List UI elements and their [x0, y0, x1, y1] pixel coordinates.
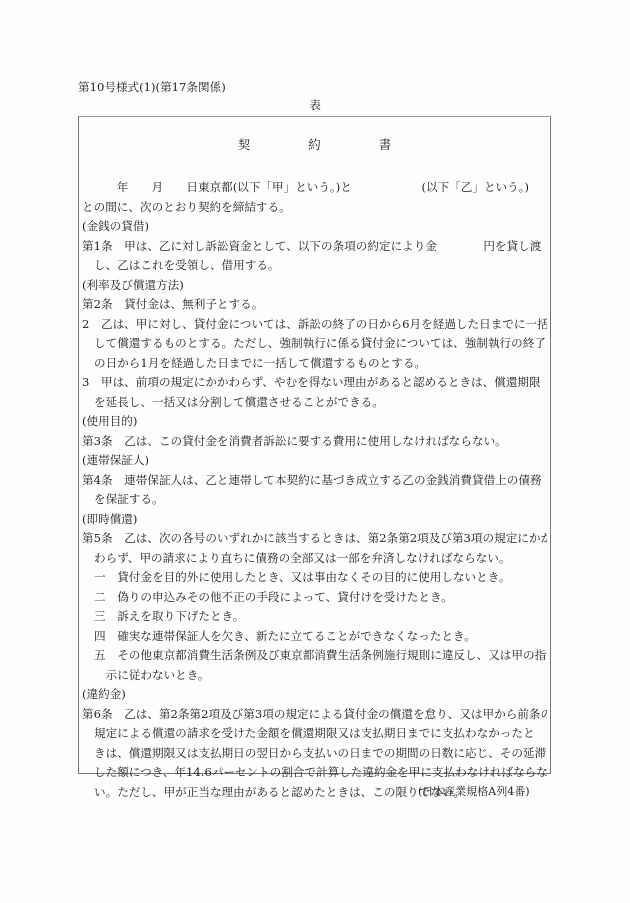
- contract-line: 第6条 乙は、第2条第2項及び第3項の規定による貸付金の償還を怠り、又は甲から前…: [82, 705, 547, 725]
- contract-line: (違約金): [82, 685, 547, 705]
- contract-line: 五 その他東京都消費生活条例及び東京都消費生活条例施行規則に違反し、又は甲の指: [82, 646, 547, 666]
- contract-line: 第2条 貸付金は、無利子とする。: [82, 295, 547, 315]
- contract-line: の日から1月を経過した日までに一括して償還するものとする。: [82, 354, 547, 374]
- side-label: 表: [0, 97, 630, 113]
- contract-line: 二 偽りの申込みその他不正の手段によって、貸付けを受けたとき。: [82, 588, 547, 608]
- contract-line: し、乙はこれを受領し、借用する。: [82, 256, 547, 276]
- document-title: 契 約 書: [79, 135, 550, 153]
- contract-line: して償還するものとする。ただし、強制執行に係る貸付金については、強制執行の終了: [82, 334, 547, 354]
- contract-line: 三 訴えを取り下げたとき。: [82, 607, 547, 627]
- contract-line: を延長し、一括又は分割して償還させることができる。: [82, 393, 547, 413]
- contract-body: 年 月 日東京都(以下「甲」という。)と (以下「乙」という。)との間に、次のと…: [82, 178, 547, 802]
- contract-line: きは、償還期限又は支払期日の翌日から支払いの日までの期間の日数に応じ、その延滞: [82, 744, 547, 764]
- contract-line: 2 乙は、甲に対し、貸付金については、訴訟の終了の日から6月を経過した日までに一…: [82, 315, 547, 335]
- contract-line: 第4条 連帯保証人は、乙と連帯して本契約に基づき成立する乙の金銭消費貸借上の債務: [82, 471, 547, 491]
- contract-line: 四 確実な連帯保証人を欠き、新たに立てることができなくなったとき。: [82, 627, 547, 647]
- title-char: 書: [379, 135, 392, 153]
- contract-line: を保証する。: [82, 490, 547, 510]
- contract-line: との間に、次のとおり契約を締結する。: [82, 198, 547, 218]
- contract-line: した額につき、年14.6パーセントの割合で計算した違約金を甲に支払わなければなら…: [82, 763, 547, 783]
- contract-line: 示に従わないとき。: [82, 666, 547, 686]
- form-number: 第10号様式(1)(第17条関係): [78, 79, 226, 95]
- contract-line: (連帯保証人): [82, 451, 547, 471]
- contract-line: (金銭の貸借): [82, 217, 547, 237]
- title-char: 約: [308, 135, 321, 153]
- contract-line: (即時償還): [82, 510, 547, 530]
- standard-note: (日本産業規格A列4番): [418, 783, 530, 799]
- contract-line: 規定による償還の請求を受けた金額を償還期限又は支払期日までに支払わなかったと: [82, 724, 547, 744]
- contract-line: 第3条 乙は、この貸付金を消費者訴訟に要する費用に使用しなければならない。: [82, 432, 547, 452]
- contract-line: 一 貸付金を目的外に使用したとき、又は事由なくその目的に使用しないとき。: [82, 568, 547, 588]
- contract-line: わらず、甲の請求により直ちに債務の全部又は一部を弁済しなければならない。: [82, 549, 547, 569]
- contract-line: 第1条 甲は、乙に対し訴訟資金として、以下の条項の約定により金 円を貸し渡: [82, 237, 547, 257]
- contract-line: 3 甲は、前項の規定にかかわらず、やむを得ない理由があると認めるときは、償還期限: [82, 373, 547, 393]
- contract-line: (使用目的): [82, 412, 547, 432]
- contract-line: (利率及び償還方法): [82, 276, 547, 296]
- contract-line: 第5条 乙は、次の各号のいずれかに該当するときは、第2条第2項及び第3項の規定に…: [82, 529, 547, 549]
- contract-box: 契 約 書 年 月 日東京都(以下「甲」という。)と (以下「乙」という。)との…: [78, 116, 551, 774]
- title-char: 契: [238, 135, 251, 153]
- contract-line: 年 月 日東京都(以下「甲」という。)と (以下「乙」という。): [82, 178, 547, 198]
